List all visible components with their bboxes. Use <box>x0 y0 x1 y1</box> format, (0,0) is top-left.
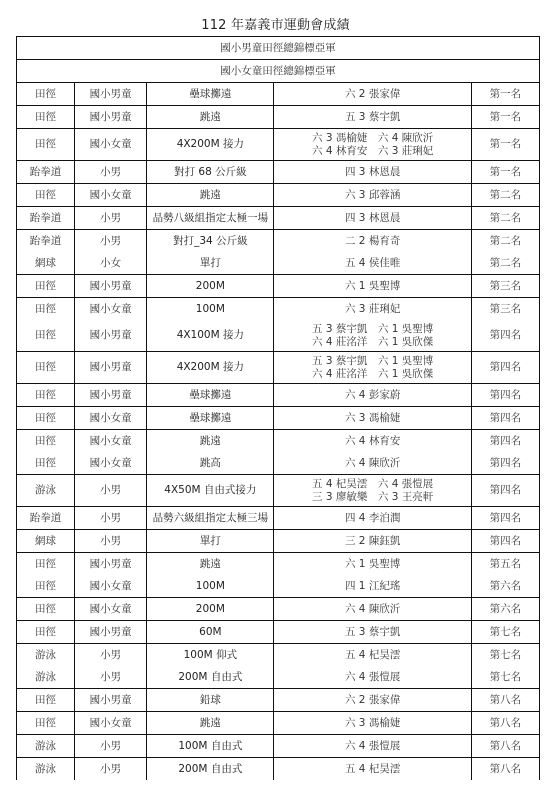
rank-cell: 第二名 <box>471 252 539 275</box>
results-table: 國小男童田徑總錦標亞軍 國小女童田徑總錦標亞軍 田徑國小男童壘球擲遠六 2 張家… <box>16 36 540 780</box>
event-cell: 200M <box>147 275 274 298</box>
group-cell: 小男 <box>75 666 147 689</box>
sport-cell: 網球 <box>17 530 75 553</box>
rank-cell: 第二名 <box>471 230 539 253</box>
table-row: 田徑國小女童4X200M 接力六 3 馮榆婕 六 4 陳欣沂六 4 林育安 六 … <box>17 129 540 161</box>
group-cell: 國小女童 <box>75 575 147 598</box>
table-row: 田徑國小女童跳遠六 3 馮榆婕第八名 <box>17 712 540 735</box>
table-row: 田徑國小女童跳遠六 4 林育安第四名 <box>17 430 540 453</box>
sport-cell: 跆拳道 <box>17 207 75 230</box>
table-row: 田徑國小女童100M四 1 江紀瑤第六名 <box>17 575 540 598</box>
sport-cell: 田徑 <box>17 712 75 735</box>
members-cell: 六 4 張愷展 <box>274 666 471 689</box>
rank-cell: 第四名 <box>471 530 539 553</box>
event-cell: 60M <box>147 621 274 644</box>
sport-cell: 田徑 <box>17 452 75 475</box>
rank-cell: 第五名 <box>471 553 539 576</box>
group-cell: 國小女童 <box>75 298 147 321</box>
member-line: 二 2 楊育奇 <box>274 235 470 248</box>
rank-cell: 第一名 <box>471 83 539 106</box>
table-row: 田徑國小男童4X100M 接力五 3 蔡宇凱 六 1 吳聖博六 4 莊洺洋 六 … <box>17 320 540 352</box>
event-cell: 200M 自由式 <box>147 758 274 781</box>
group-cell: 國小男童 <box>75 553 147 576</box>
sport-cell: 跆拳道 <box>17 161 75 184</box>
sport-cell: 網球 <box>17 252 75 275</box>
document-title: 112 年嘉義市運動會成績 <box>0 14 551 33</box>
member-line: 六 3 馮榆婕 六 4 陳欣沂 <box>274 132 470 145</box>
sport-cell: 田徑 <box>17 320 75 352</box>
group-cell: 國小男童 <box>75 352 147 384</box>
sport-cell: 田徑 <box>17 298 75 321</box>
members-cell: 四 3 林恩晨 <box>274 161 471 184</box>
member-line: 六 4 林育安 <box>274 435 470 448</box>
event-cell: 對打 68 公斤級 <box>147 161 274 184</box>
member-line: 四 3 林恩晨 <box>274 166 470 179</box>
sport-cell: 田徑 <box>17 553 75 576</box>
event-cell: 跳遠 <box>147 106 274 129</box>
table-row: 田徑國小男童跳遠五 3 蔡宇凱第一名 <box>17 106 540 129</box>
event-cell: 品勢八級組指定太極一場 <box>147 207 274 230</box>
group-cell: 國小女童 <box>75 184 147 207</box>
member-line: 六 4 張愷展 <box>274 740 470 753</box>
table-row: 游泳小男100M 仰式五 4 杞昊澐第七名 <box>17 644 540 667</box>
rank-cell: 第四名 <box>471 507 539 530</box>
table-row: 田徑國小女童壘球擲遠六 3 馮榆婕第四名 <box>17 407 540 430</box>
group-cell: 國小女童 <box>75 430 147 453</box>
members-cell: 五 3 蔡宇凱 <box>274 621 471 644</box>
event-cell: 跳遠 <box>147 430 274 453</box>
sport-cell: 田徑 <box>17 275 75 298</box>
table-row: 跆拳道小男對打 68 公斤級四 3 林恩晨第一名 <box>17 161 540 184</box>
rank-cell: 第八名 <box>471 735 539 758</box>
table-row: 田徑國小男童200M六 1 吳聖博第三名 <box>17 275 540 298</box>
members-cell: 四 4 李泊潤 <box>274 507 471 530</box>
members-cell: 六 3 邱蓉涵 <box>274 184 471 207</box>
members-cell: 六 3 莊琍妃 <box>274 298 471 321</box>
member-line: 五 4 杞昊澐 <box>274 649 470 662</box>
members-cell: 五 3 蔡宇凱 六 1 吳聖博六 4 莊洺洋 六 1 吳欣傑 <box>274 320 471 352</box>
table-row: 跆拳道小男品勢六級組指定太極三場四 4 李泊潤第四名 <box>17 507 540 530</box>
group-cell: 小男 <box>75 207 147 230</box>
member-line: 六 4 陳欣沂 <box>274 457 470 470</box>
members-cell: 二 2 楊育奇 <box>274 230 471 253</box>
group-cell: 國小女童 <box>75 129 147 161</box>
event-cell: 單打 <box>147 530 274 553</box>
banner-row: 國小男童田徑總錦標亞軍 <box>17 37 540 60</box>
event-cell: 4X200M 接力 <box>147 352 274 384</box>
event-cell: 壘球擲遠 <box>147 83 274 106</box>
rank-cell: 第四名 <box>471 475 539 507</box>
sport-cell: 田徑 <box>17 184 75 207</box>
members-cell: 六 4 張愷展 <box>274 735 471 758</box>
table-row: 田徑國小男童壘球擲遠六 2 張家偉第一名 <box>17 83 540 106</box>
sport-cell: 田徑 <box>17 352 75 384</box>
members-cell: 六 4 陳欣沂 <box>274 452 471 475</box>
member-line: 四 3 林恩晨 <box>274 212 470 225</box>
rank-cell: 第六名 <box>471 598 539 621</box>
group-cell: 小女 <box>75 252 147 275</box>
group-cell: 小男 <box>75 161 147 184</box>
rank-cell: 第八名 <box>471 689 539 712</box>
member-line: 六 3 馮榆婕 <box>274 717 470 730</box>
rank-cell: 第四名 <box>471 384 539 407</box>
member-line: 六 4 彭家蔚 <box>274 389 470 402</box>
sport-cell: 田徑 <box>17 598 75 621</box>
sport-cell: 游泳 <box>17 475 75 507</box>
member-line: 六 4 陳欣沂 <box>274 603 470 616</box>
sport-cell: 田徑 <box>17 621 75 644</box>
members-cell: 六 1 吳聖博 <box>274 275 471 298</box>
rank-cell: 第七名 <box>471 644 539 667</box>
sport-cell: 游泳 <box>17 644 75 667</box>
table-row: 田徑國小男童鉛球六 2 張家偉第八名 <box>17 689 540 712</box>
rank-cell: 第七名 <box>471 621 539 644</box>
group-cell: 小男 <box>75 644 147 667</box>
members-cell: 五 3 蔡宇凱 <box>274 106 471 129</box>
member-line: 五 3 蔡宇凱 <box>274 626 470 639</box>
member-line: 六 4 張愷展 <box>274 671 470 684</box>
event-cell: 100M 自由式 <box>147 735 274 758</box>
sport-cell: 游泳 <box>17 666 75 689</box>
members-cell: 六 2 張家偉 <box>274 83 471 106</box>
event-cell: 4X100M 接力 <box>147 320 274 352</box>
sport-cell: 田徑 <box>17 407 75 430</box>
rank-cell: 第四名 <box>471 452 539 475</box>
rank-cell: 第二名 <box>471 207 539 230</box>
sport-cell: 跆拳道 <box>17 507 75 530</box>
event-cell: 跳遠 <box>147 553 274 576</box>
member-line: 六 3 莊琍妃 <box>274 303 470 316</box>
event-cell: 壘球擲遠 <box>147 407 274 430</box>
member-line: 三 2 陳鈺凱 <box>274 535 470 548</box>
group-cell: 國小女童 <box>75 407 147 430</box>
sport-cell: 跆拳道 <box>17 230 75 253</box>
event-cell: 200M <box>147 598 274 621</box>
members-cell: 四 1 江紀瑤 <box>274 575 471 598</box>
group-cell: 國小女童 <box>75 598 147 621</box>
group-cell: 小男 <box>75 475 147 507</box>
rank-cell: 第三名 <box>471 275 539 298</box>
rank-cell: 第八名 <box>471 712 539 735</box>
table-row: 田徑國小女童200M六 4 陳欣沂第六名 <box>17 598 540 621</box>
table-row: 游泳小男100M 自由式六 4 張愷展第八名 <box>17 735 540 758</box>
rank-cell: 第四名 <box>471 430 539 453</box>
rank-cell: 第一名 <box>471 161 539 184</box>
event-cell: 單打 <box>147 252 274 275</box>
group-cell: 小男 <box>75 230 147 253</box>
banner-boys-track-runner-up: 國小男童田徑總錦標亞軍 <box>17 37 540 60</box>
member-line: 六 4 林育安 六 3 莊琍妃 <box>274 145 470 158</box>
members-cell: 六 3 馮榆婕 <box>274 712 471 735</box>
member-line: 六 1 吳聖博 <box>274 280 470 293</box>
members-cell: 五 4 杞昊澐 六 4 張愷展三 3 廖敏樂 六 3 王亮軒 <box>274 475 471 507</box>
member-line: 六 4 莊洺洋 六 1 吳欣傑 <box>274 368 470 381</box>
table-row: 網球小男單打三 2 陳鈺凱第四名 <box>17 530 540 553</box>
event-cell: 4X50M 自由式接力 <box>147 475 274 507</box>
event-cell: 跳遠 <box>147 184 274 207</box>
rank-cell: 第四名 <box>471 407 539 430</box>
event-cell: 跳遠 <box>147 712 274 735</box>
table-row: 田徑國小女童跳高六 4 陳欣沂第四名 <box>17 452 540 475</box>
table-row: 游泳小男4X50M 自由式接力五 4 杞昊澐 六 4 張愷展三 3 廖敏樂 六 … <box>17 475 540 507</box>
member-line: 五 4 杞昊澐 六 4 張愷展 <box>274 478 470 491</box>
members-cell: 六 4 林育安 <box>274 430 471 453</box>
member-line: 五 3 蔡宇凱 六 1 吳聖博 <box>274 355 470 368</box>
table-row: 網球小女單打五 4 侯佳唯第二名 <box>17 252 540 275</box>
group-cell: 國小男童 <box>75 689 147 712</box>
sport-cell: 田徑 <box>17 384 75 407</box>
members-cell: 六 2 張家偉 <box>274 689 471 712</box>
member-line: 三 3 廖敏樂 六 3 王亮軒 <box>274 491 470 504</box>
members-cell: 五 4 侯佳唯 <box>274 252 471 275</box>
event-cell: 100M 仰式 <box>147 644 274 667</box>
member-line: 六 2 張家偉 <box>274 694 470 707</box>
table-row: 田徑國小男童跳遠六 1 吳聖博第五名 <box>17 553 540 576</box>
table-row: 田徑國小女童跳遠六 3 邱蓉涵第二名 <box>17 184 540 207</box>
sport-cell: 游泳 <box>17 758 75 781</box>
rank-cell: 第三名 <box>471 298 539 321</box>
members-cell: 五 4 杞昊澐 <box>274 758 471 781</box>
sport-cell: 田徑 <box>17 575 75 598</box>
event-cell: 4X200M 接力 <box>147 129 274 161</box>
rank-cell: 第四名 <box>471 320 539 352</box>
rank-cell: 第四名 <box>471 352 539 384</box>
members-cell: 四 3 林恩晨 <box>274 207 471 230</box>
member-line: 五 4 杞昊澐 <box>274 763 470 776</box>
event-cell: 100M <box>147 575 274 598</box>
event-cell: 跳高 <box>147 452 274 475</box>
group-cell: 國小男童 <box>75 275 147 298</box>
rank-cell: 第七名 <box>471 666 539 689</box>
group-cell: 國小女童 <box>75 452 147 475</box>
event-cell: 對打_34 公斤級 <box>147 230 274 253</box>
group-cell: 國小男童 <box>75 106 147 129</box>
event-cell: 200M 自由式 <box>147 666 274 689</box>
members-cell: 五 3 蔡宇凱 六 1 吳聖博六 4 莊洺洋 六 1 吳欣傑 <box>274 352 471 384</box>
group-cell: 小男 <box>75 530 147 553</box>
members-cell: 六 4 彭家蔚 <box>274 384 471 407</box>
member-line: 五 4 侯佳唯 <box>274 257 470 270</box>
sport-cell: 田徑 <box>17 689 75 712</box>
members-cell: 六 3 馮榆婕 <box>274 407 471 430</box>
member-line: 六 1 吳聖博 <box>274 558 470 571</box>
sport-cell: 游泳 <box>17 735 75 758</box>
event-cell: 品勢六級組指定太極三場 <box>147 507 274 530</box>
table-row: 游泳小男200M 自由式五 4 杞昊澐第八名 <box>17 758 540 781</box>
sport-cell: 田徑 <box>17 129 75 161</box>
banner-row: 國小女童田徑總錦標亞軍 <box>17 60 540 83</box>
member-line: 六 3 邱蓉涵 <box>274 189 470 202</box>
member-line: 五 3 蔡宇凱 <box>274 111 470 124</box>
table-row: 游泳小男200M 自由式六 4 張愷展第七名 <box>17 666 540 689</box>
group-cell: 小男 <box>75 758 147 781</box>
group-cell: 國小男童 <box>75 621 147 644</box>
event-cell: 鉛球 <box>147 689 274 712</box>
table-row: 田徑國小女童100M六 3 莊琍妃第三名 <box>17 298 540 321</box>
table-row: 跆拳道小男品勢八級組指定太極一場四 3 林恩晨第二名 <box>17 207 540 230</box>
table-row: 田徑國小男童壘球擲遠六 4 彭家蔚第四名 <box>17 384 540 407</box>
member-line: 四 4 李泊潤 <box>274 512 470 525</box>
group-cell: 小男 <box>75 735 147 758</box>
rank-cell: 第八名 <box>471 758 539 781</box>
rank-cell: 第二名 <box>471 184 539 207</box>
members-cell: 五 4 杞昊澐 <box>274 644 471 667</box>
rank-cell: 第一名 <box>471 129 539 161</box>
banner-girls-track-runner-up: 國小女童田徑總錦標亞軍 <box>17 60 540 83</box>
members-cell: 六 4 陳欣沂 <box>274 598 471 621</box>
member-line: 六 2 張家偉 <box>274 88 470 101</box>
event-cell: 壘球擲遠 <box>147 384 274 407</box>
members-cell: 六 1 吳聖博 <box>274 553 471 576</box>
members-cell: 三 2 陳鈺凱 <box>274 530 471 553</box>
sport-cell: 田徑 <box>17 430 75 453</box>
member-line: 六 3 馮榆婕 <box>274 412 470 425</box>
group-cell: 國小女童 <box>75 712 147 735</box>
group-cell: 國小男童 <box>75 83 147 106</box>
table-row: 跆拳道小男對打_34 公斤級二 2 楊育奇第二名 <box>17 230 540 253</box>
member-line: 五 3 蔡宇凱 六 1 吳聖博 <box>274 323 470 336</box>
member-line: 四 1 江紀瑤 <box>274 580 470 593</box>
member-line: 六 4 莊洺洋 六 1 吳欣傑 <box>274 336 470 349</box>
group-cell: 國小男童 <box>75 320 147 352</box>
sport-cell: 田徑 <box>17 83 75 106</box>
group-cell: 小男 <box>75 507 147 530</box>
rank-cell: 第一名 <box>471 106 539 129</box>
group-cell: 國小男童 <box>75 384 147 407</box>
sport-cell: 田徑 <box>17 106 75 129</box>
rank-cell: 第六名 <box>471 575 539 598</box>
table-row: 田徑國小男童4X200M 接力五 3 蔡宇凱 六 1 吳聖博六 4 莊洺洋 六 … <box>17 352 540 384</box>
event-cell: 100M <box>147 298 274 321</box>
members-cell: 六 3 馮榆婕 六 4 陳欣沂六 4 林育安 六 3 莊琍妃 <box>274 129 471 161</box>
table-row: 田徑國小男童60M五 3 蔡宇凱第七名 <box>17 621 540 644</box>
